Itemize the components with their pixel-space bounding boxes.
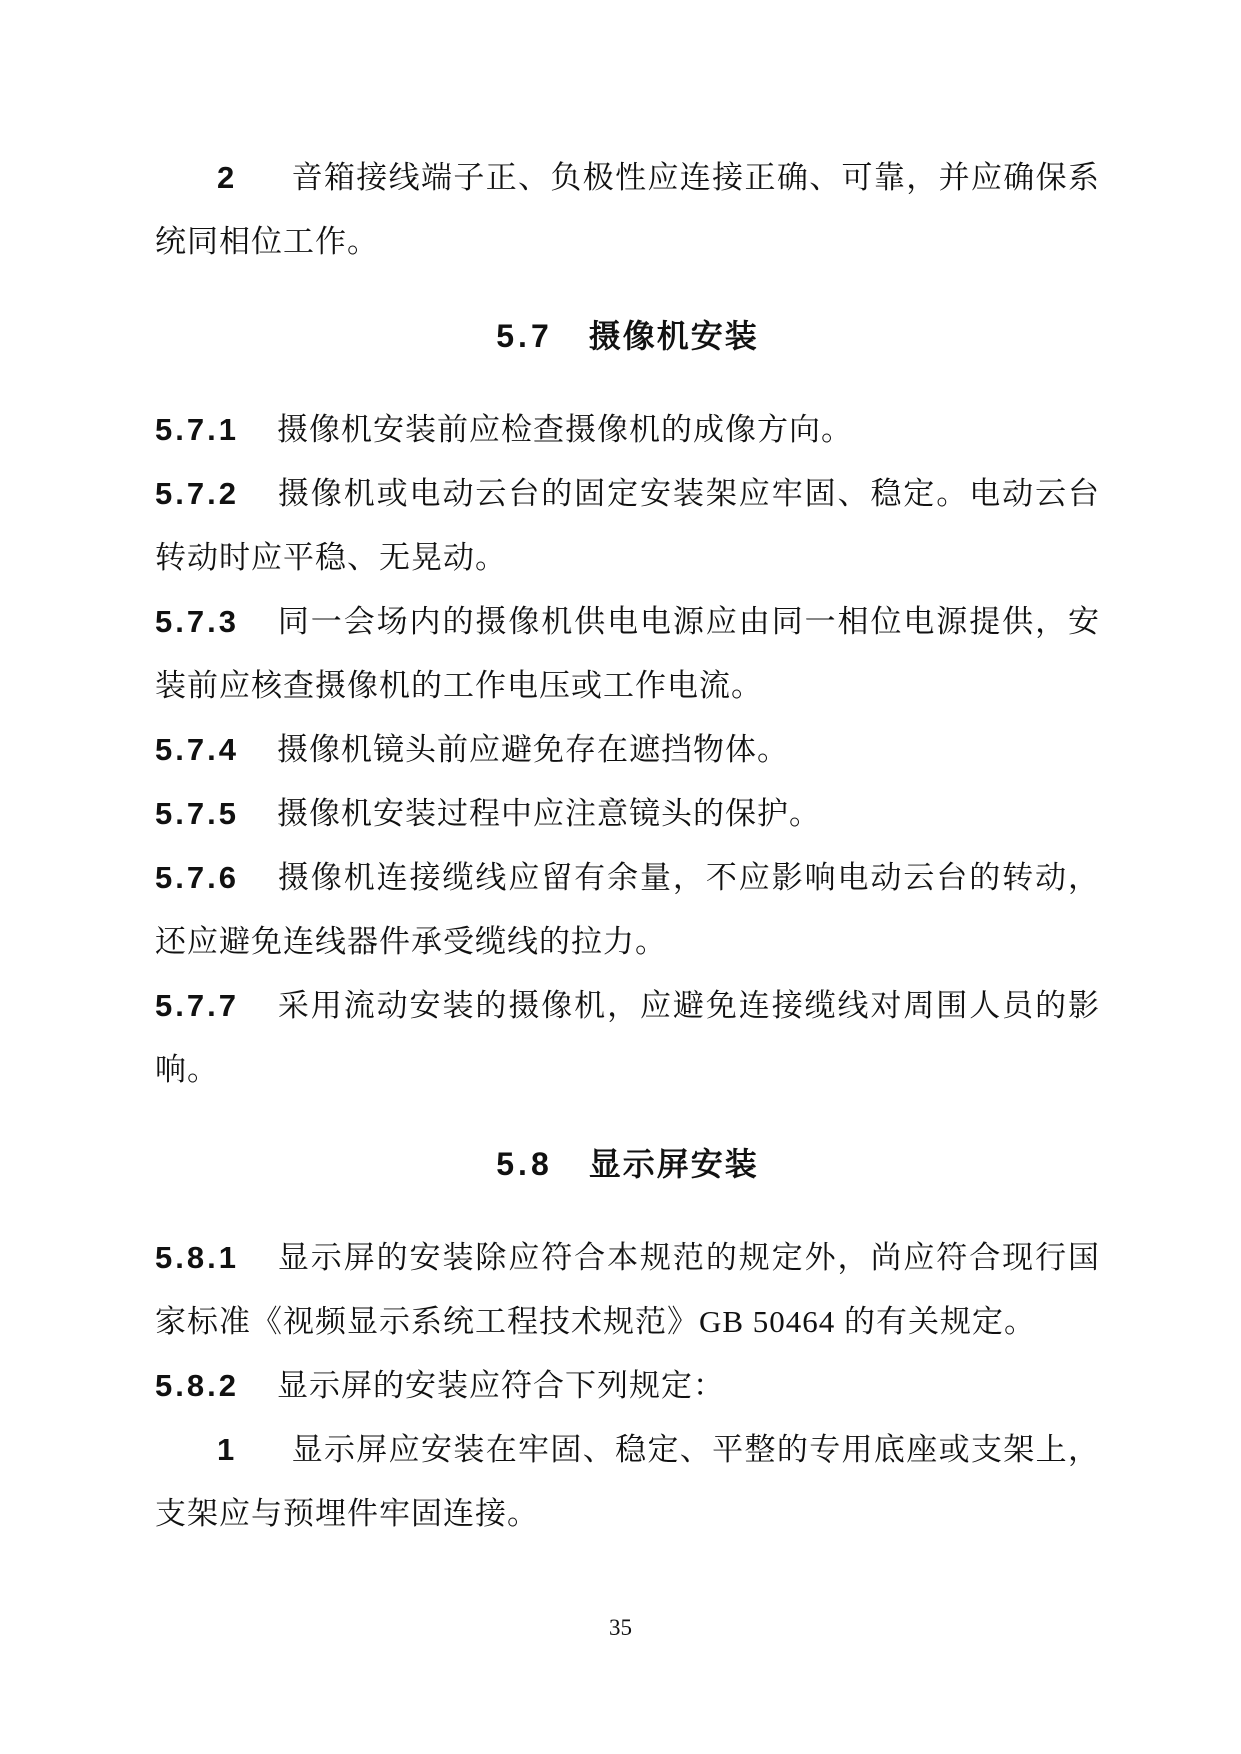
list-item-paragraph: 2音箱接线端子正、负极性应连接正确、可靠，并应确保系统同相位工作。: [155, 146, 1100, 274]
page-footer: 35: [0, 1612, 1241, 1644]
clause-text: 摄像机镜头前应避免存在遮挡物体。: [277, 732, 789, 767]
clause-text: 摄像机或电动云台的固定安装架应牢固、稳定。电动云台转动时应平稳、无晃动。: [155, 476, 1100, 575]
clause-number: 5.7.4: [155, 732, 239, 767]
clause-number: 5.8.2: [155, 1368, 239, 1403]
document-content: 2音箱接线端子正、负极性应连接正确、可靠，并应确保系统同相位工作。 5.7摄像机…: [155, 146, 1100, 1546]
clause-text: 显示屏的安装应符合下列规定：: [277, 1368, 725, 1403]
clause-paragraph: 5.7.7采用流动安装的摄像机，应避免连接缆线对周围人员的影响。: [155, 974, 1100, 1102]
clause-number: 5.7.6: [155, 860, 239, 895]
section-title: 显示屏安装: [589, 1146, 759, 1182]
section-heading: 5.8显示屏安装: [155, 1132, 1100, 1196]
document-page: 2音箱接线端子正、负极性应连接正确、可靠，并应确保系统同相位工作。 5.7摄像机…: [0, 0, 1241, 1754]
clause-paragraph: 5.7.3同一会场内的摄像机供电电源应由同一相位电源提供，安装前应核查摄像机的工…: [155, 590, 1100, 718]
list-item-paragraph: 1显示屏应安装在牢固、稳定、平整的专用底座或支架上，支架应与预埋件牢固连接。: [155, 1418, 1100, 1546]
clause-number: 5.7.7: [155, 988, 239, 1023]
clause-paragraph: 5.7.2摄像机或电动云台的固定安装架应牢固、稳定。电动云台转动时应平稳、无晃动…: [155, 462, 1100, 590]
section-heading: 5.7摄像机安装: [155, 304, 1100, 368]
section-number: 5.8: [496, 1146, 552, 1182]
clause-paragraph: 5.7.4摄像机镜头前应避免存在遮挡物体。: [155, 718, 1100, 782]
clause-paragraph: 5.8.2显示屏的安装应符合下列规定：: [155, 1354, 1100, 1418]
clause-paragraph: 5.7.1摄像机安装前应检查摄像机的成像方向。: [155, 398, 1100, 462]
section-number: 5.7: [496, 318, 552, 354]
clause-text: 同一会场内的摄像机供电电源应由同一相位电源提供，安装前应核查摄像机的工作电压或工…: [155, 604, 1100, 703]
clause-text: 采用流动安装的摄像机，应避免连接缆线对周围人员的影响。: [155, 988, 1100, 1087]
clause-text: 显示屏的安装除应符合本规范的规定外，尚应符合现行国家标准《视频显示系统工程技术规…: [155, 1240, 1100, 1339]
section-title: 摄像机安装: [589, 318, 759, 354]
clause-number: 5.7.5: [155, 796, 239, 831]
item-number: 1: [217, 1432, 235, 1467]
clause-text: 摄像机安装前应检查摄像机的成像方向。: [277, 412, 853, 447]
clause-paragraph: 5.8.1显示屏的安装除应符合本规范的规定外，尚应符合现行国家标准《视频显示系统…: [155, 1226, 1100, 1354]
clause-number: 5.7.3: [155, 604, 239, 639]
clause-paragraph: 5.7.6摄像机连接缆线应留有余量，不应影响电动云台的转动，还应避免连线器件承受…: [155, 846, 1100, 974]
clause-paragraph: 5.7.5摄像机安装过程中应注意镜头的保护。: [155, 782, 1100, 846]
item-text: 显示屏应安装在牢固、稳定、平整的专用底座或支架上，支架应与预埋件牢固连接。: [155, 1432, 1100, 1531]
clause-number: 5.8.1: [155, 1240, 239, 1275]
item-text: 音箱接线端子正、负极性应连接正确、可靠，并应确保系统同相位工作。: [155, 160, 1100, 259]
item-number: 2: [217, 160, 235, 195]
clause-text: 摄像机安装过程中应注意镜头的保护。: [277, 796, 821, 831]
clause-number: 5.7.1: [155, 412, 239, 447]
clause-text: 摄像机连接缆线应留有余量，不应影响电动云台的转动，还应避免连线器件承受缆线的拉力…: [155, 860, 1100, 959]
clause-number: 5.7.2: [155, 476, 239, 511]
page-number: 35: [609, 1615, 632, 1640]
